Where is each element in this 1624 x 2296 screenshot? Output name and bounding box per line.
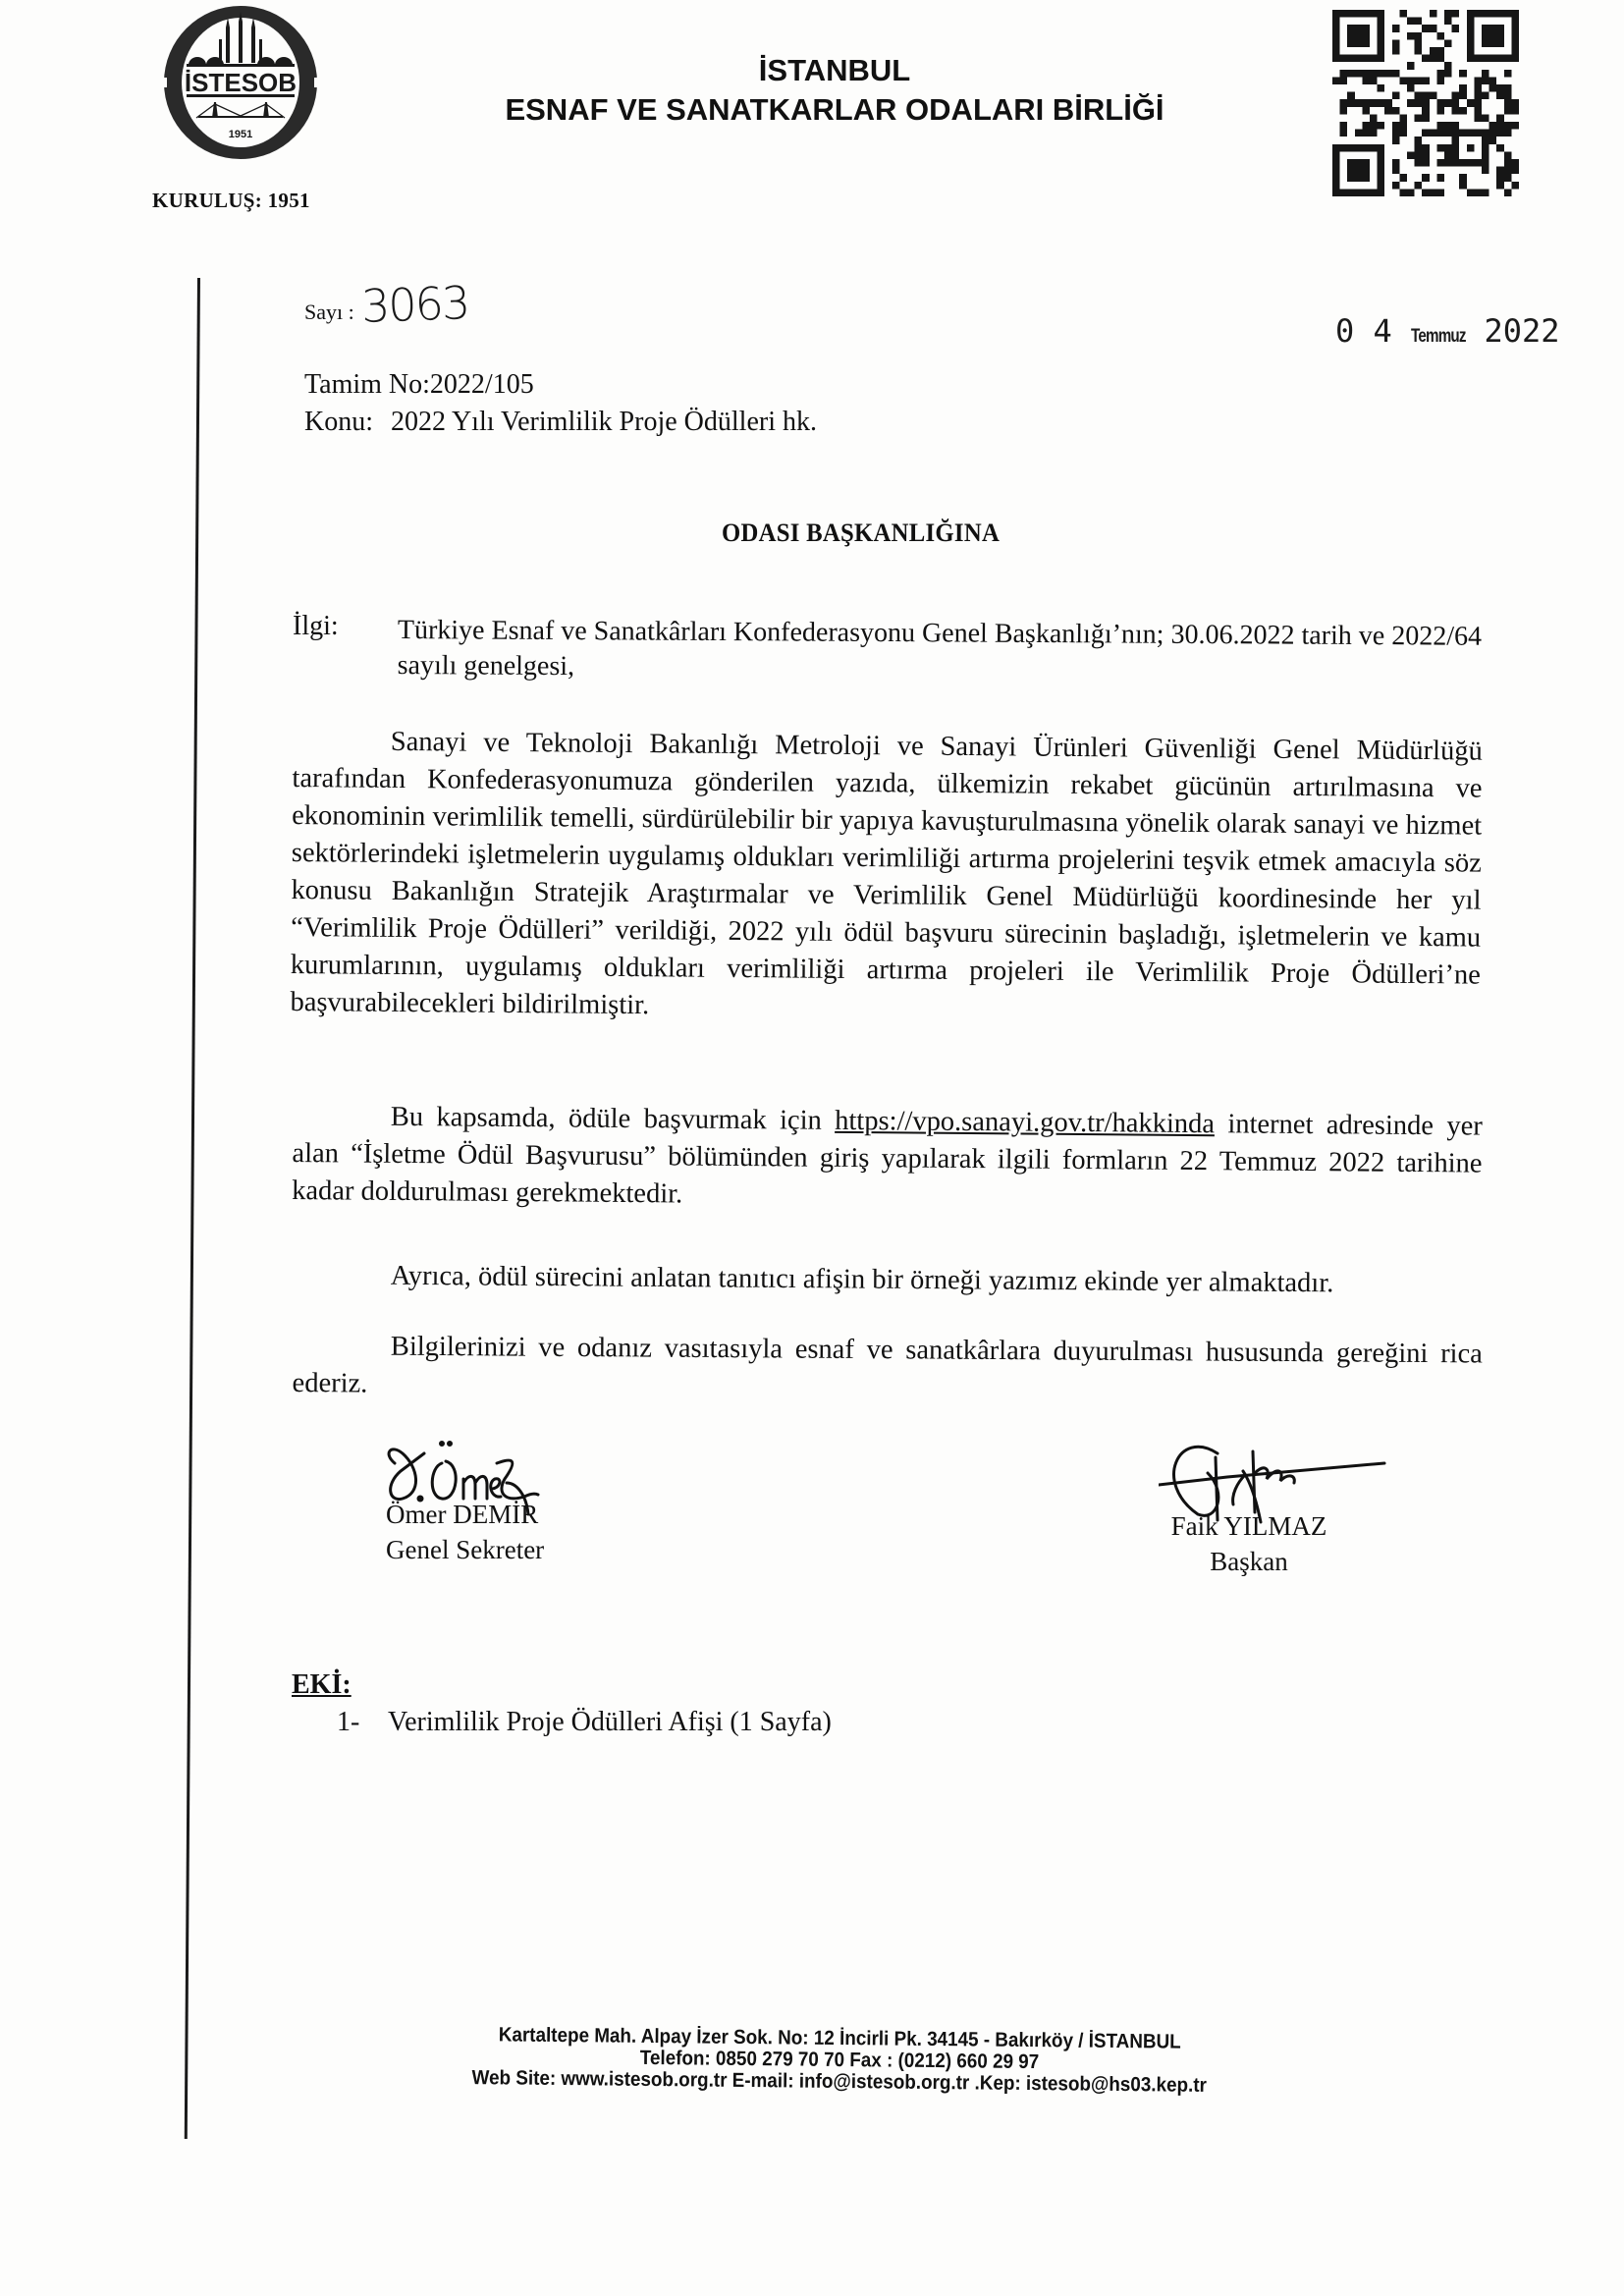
attachment-item: 1-Verimlilik Proje Ödülleri Afişi (1 Say…	[337, 1707, 832, 1738]
subject-line: Konu:2022 Yılı Verimlilik Proje Ödülleri…	[304, 404, 817, 441]
addressee: ODASI BAŞKANLIĞINA	[722, 519, 1000, 548]
svg-text:1951: 1951	[229, 129, 252, 140]
body-paragraph-4: Bilgilerinizi ve odanız vasıtasıyla esna…	[292, 1328, 1483, 1410]
body-paragraph-2: Bu kapsamda, ödüle başvurmak için https:…	[292, 1098, 1483, 1221]
date-year: 2022	[1484, 312, 1559, 350]
svg-text:İSTESOB: İSTESOB	[185, 68, 297, 97]
body-paragraph-1: Sanayi ve Teknoloji Bakanlığı Metroloji …	[290, 723, 1483, 1032]
istesob-logo: İSTESOB 1951	[157, 0, 324, 165]
secretary-block: Ömer DEMİR Genel Sekreter	[386, 1497, 544, 1567]
president-title: Başkan	[1151, 1544, 1347, 1579]
footer-contact: Kartaltepe Mah. Alpay İzer Sok. No: 12 İ…	[324, 2023, 1356, 2099]
president-name: Faik YILMAZ	[1151, 1508, 1347, 1544]
body-paragraph-3: Ayrıca, ödül sürecini anlatan tanıtıcı a…	[293, 1257, 1483, 1304]
secretary-title: Genel Sekreter	[386, 1532, 544, 1567]
attachment-title: Verimlilik Proje Ödülleri Afişi (1 Sayfa…	[388, 1707, 832, 1737]
organization-title: İSTANBUL ESNAF VE SANATKARLAR ODALARI Bİ…	[393, 51, 1276, 130]
margin-rule	[185, 278, 200, 2139]
circular-number: Tamim No:2022/105	[304, 366, 817, 404]
subject-value: 2022 Yılı Verimlilik Proje Ödülleri hk.	[391, 407, 817, 437]
title-org: ESNAF VE SANATKARLAR ODALARI BİRLİĞİ	[393, 90, 1276, 130]
date-month: Temmuz	[1411, 326, 1466, 348]
number-label: Sayı :	[304, 300, 354, 325]
attachment-number: 1-	[337, 1707, 388, 1738]
qr-code-icon	[1332, 10, 1519, 196]
reference-label: İlgi:	[293, 611, 339, 642]
title-city: İSTANBUL	[393, 51, 1276, 90]
subject-label: Konu:	[304, 407, 373, 437]
founded-year: KURULUŞ: 1951	[152, 189, 310, 213]
document-meta: Tamim No:2022/105 Konu:2022 Yılı Verimli…	[304, 366, 817, 441]
application-link[interactable]: https://vpo.sanayi.gov.tr/hakkinda	[835, 1106, 1215, 1139]
date-day: 0 4	[1335, 312, 1392, 350]
reference-text: Türkiye Esnaf ve Sanatkârları Konfederas…	[398, 613, 1492, 690]
secretary-name: Ömer DEMİR	[386, 1497, 544, 1532]
document-number: 3063	[360, 276, 469, 333]
president-block: Faik YILMAZ Başkan	[1151, 1508, 1347, 1579]
paragraph-2-intro: Bu kapsamda, ödüle başvurmak için	[391, 1102, 822, 1136]
attachments-label: EKİ:	[292, 1669, 352, 1701]
date-stamp: 0 4 Temmuz 2022	[1335, 312, 1560, 350]
